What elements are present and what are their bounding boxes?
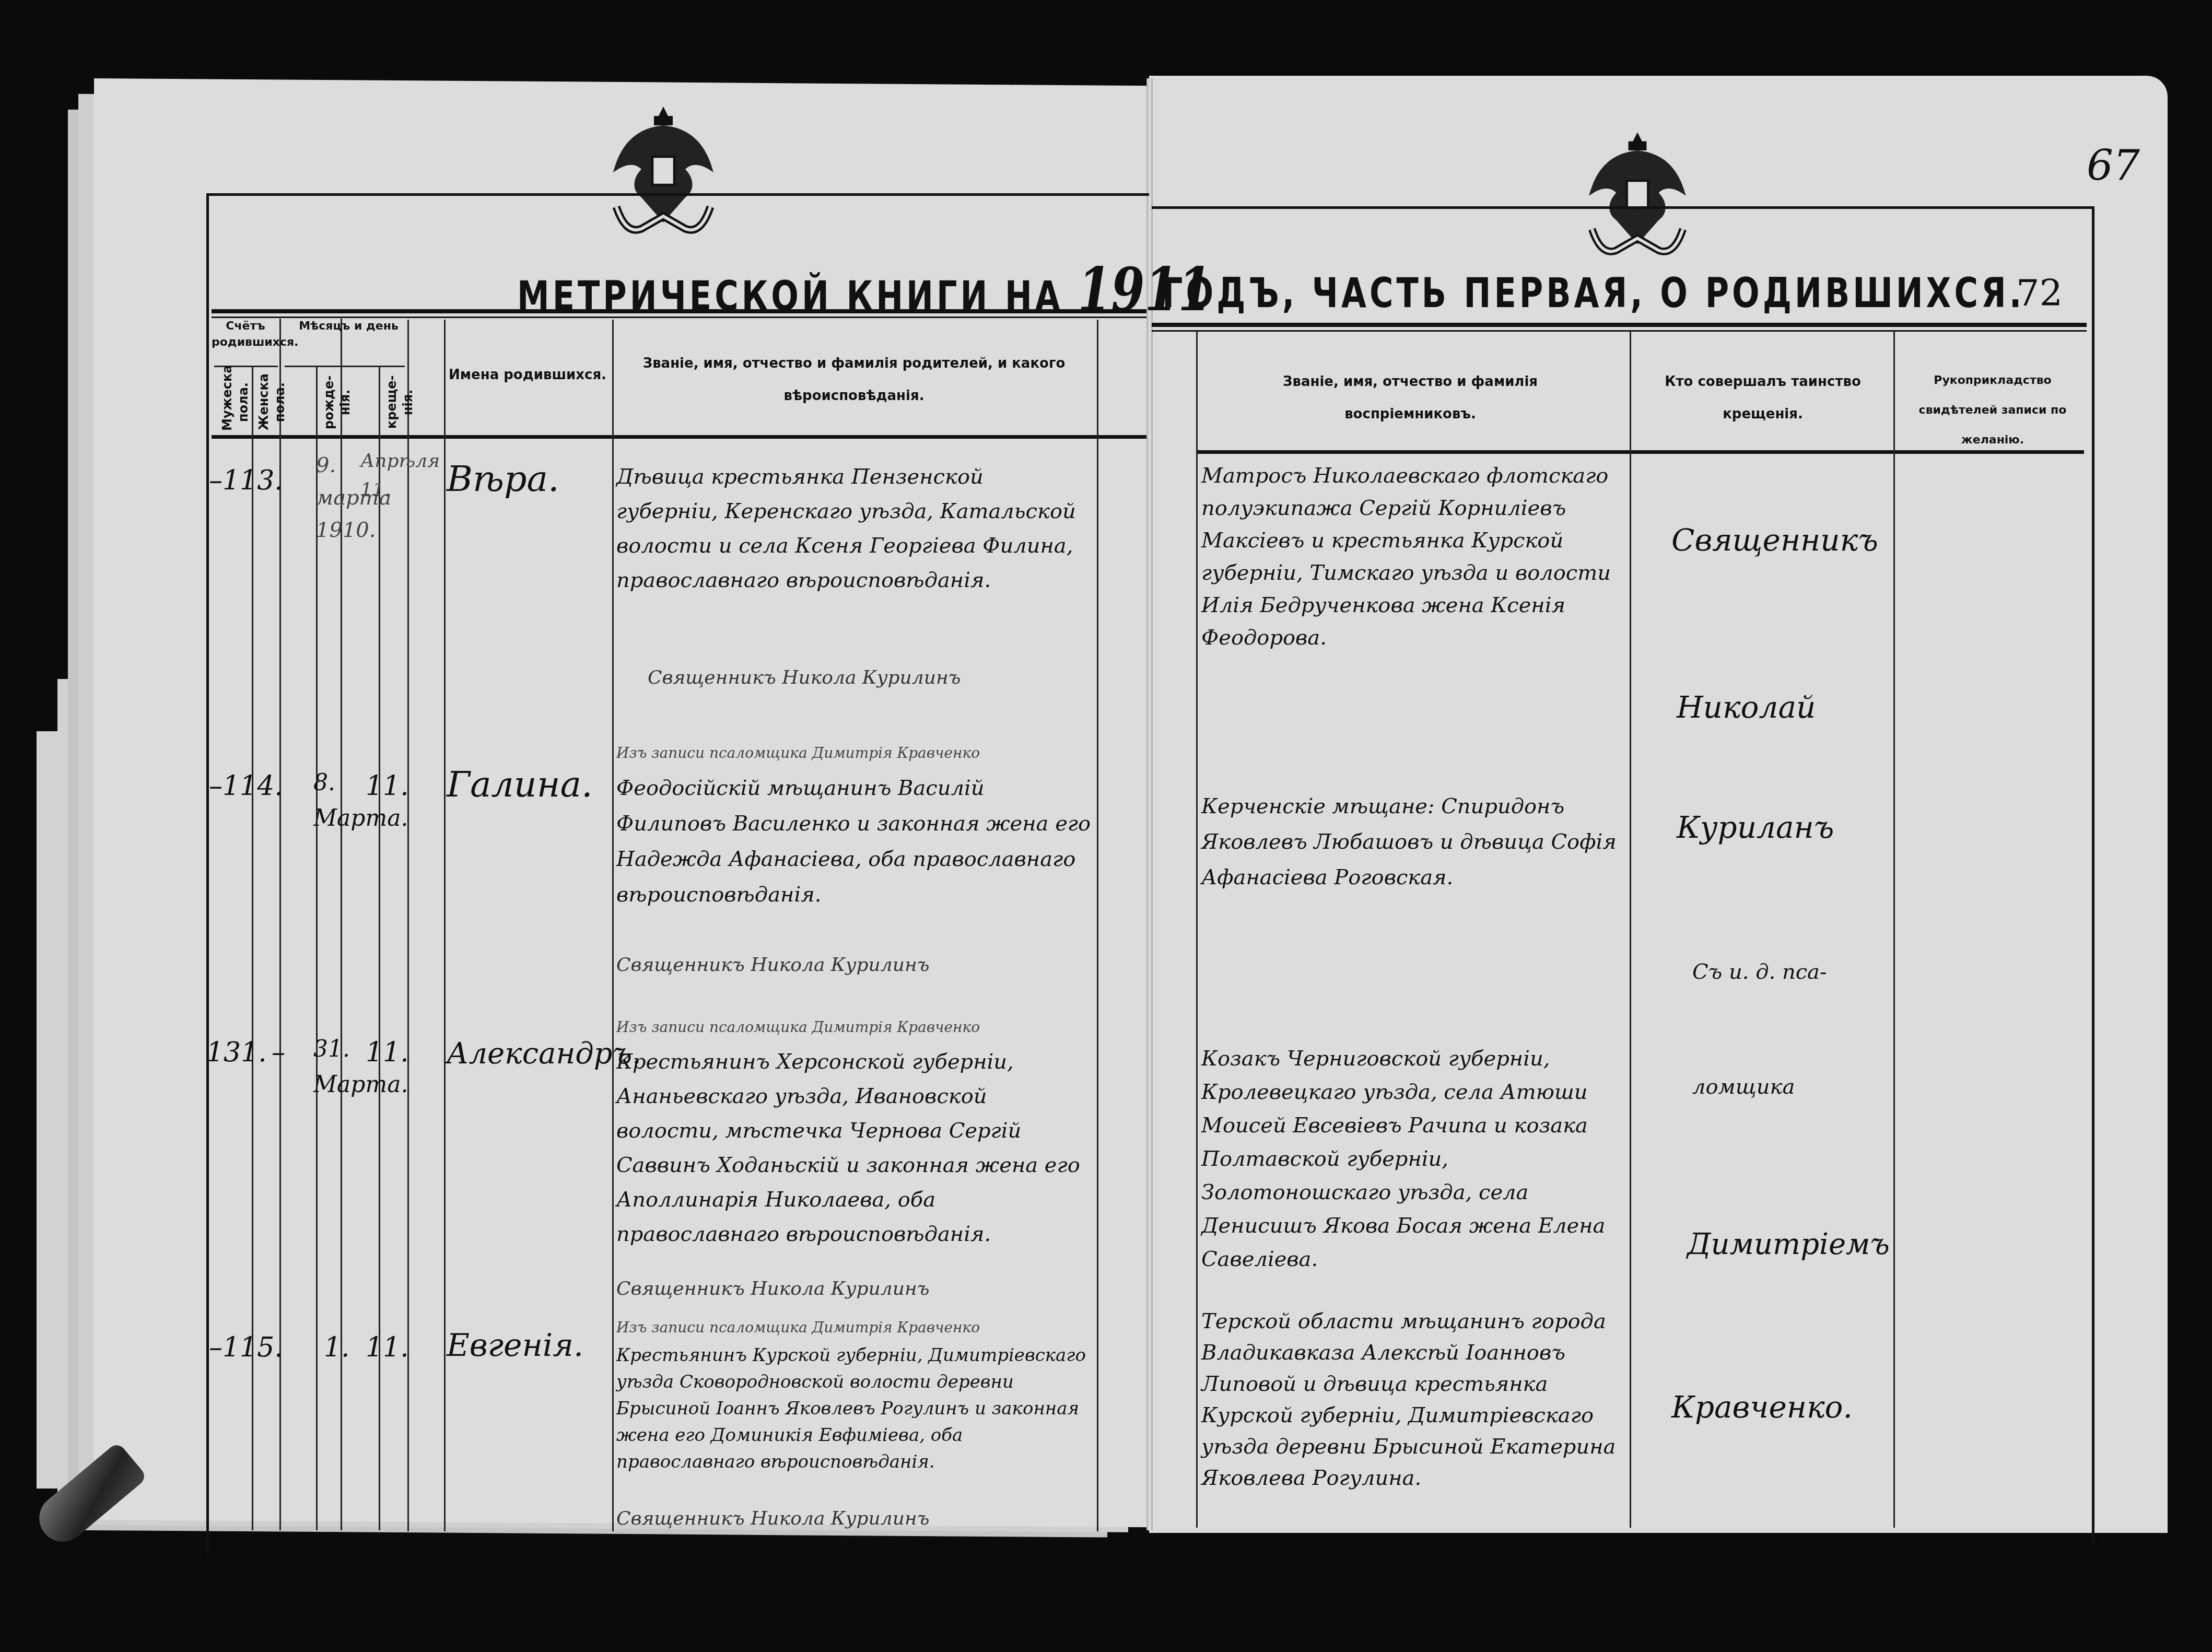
entry-female-no: – — [272, 1032, 285, 1074]
header-count-group: Счётъ родившихся. — [212, 319, 279, 351]
header-parents: Званіе, имя, отчество и фамилія родителе… — [619, 347, 1089, 413]
performer-note: Димитріемъ — [1687, 1222, 1890, 1268]
entry-baptism-date: 11. — [366, 1327, 409, 1369]
subheader-rule — [285, 366, 405, 367]
entry-sponsors: Керченскіе мѣщане: Спиридонъ Яковлевъ Лю… — [1201, 789, 1624, 895]
col-divider — [1097, 320, 1098, 1531]
entry-child-name: Александръ. — [447, 1032, 641, 1077]
entry-sponsors: Козакъ Черниговской губерніи, Кролевецка… — [1201, 1042, 1624, 1276]
entry-female-no: –115. — [209, 1327, 283, 1369]
entry-performer: Куриланъ — [1677, 804, 1834, 851]
entry-child-name: Галина. — [447, 757, 593, 812]
title-right: ГОДЪ, ЧАСТЬ ПЕРВАЯ, О РОДИВШИХСЯ. — [1162, 270, 2024, 317]
entry-sponsors: Терской области мѣщанинъ города Владикав… — [1201, 1306, 1624, 1494]
col-divider — [1893, 332, 1895, 1528]
header-names: Имена родившихся. — [444, 366, 611, 384]
col-divider — [612, 320, 614, 1531]
entry-record-note: Изъ записи псаломщика Димитрія Кравченко — [616, 1016, 980, 1038]
entry-baptism-date: Апрѣля 11. — [360, 447, 418, 505]
header-witnesses: Рукоприкладство свидѣтелей записи по жел… — [1899, 366, 2087, 455]
entry-birth-date: 1. — [324, 1327, 350, 1369]
entry-female-no: –114. — [209, 765, 283, 807]
entry-baptism-date: 11. — [366, 765, 409, 807]
entry-performer: Священникъ — [1671, 517, 1878, 564]
entry-female-no: –113. — [209, 460, 283, 502]
col-divider — [444, 320, 446, 1531]
header-date-birth: рожде-нія. — [321, 373, 354, 431]
entry-male-no: 131. — [206, 1032, 267, 1074]
entry-parents: Дѣвица крестьянка Пензенской губерніи, К… — [616, 460, 1092, 597]
header-count-male: Мужеска пола. — [219, 373, 252, 431]
header-count-female: Женска пола. — [256, 373, 288, 431]
performer-note: Съ и. д. пса- — [1692, 956, 1827, 988]
header-performer: Кто совершалъ таинство крещенія. — [1640, 366, 1886, 431]
entry-record-note: Изъ записи псаломщика Димитрія Кравченко — [616, 742, 980, 764]
entry-parents: Крестьянинъ Курской губерніи, Димитріевс… — [616, 1342, 1092, 1475]
col-divider — [1630, 332, 1631, 1528]
sheet-number: 67 — [2087, 141, 2140, 190]
header-sponsors: Званіе, имя, отчество и фамилія воспріем… — [1243, 366, 1577, 431]
entry-priest-signature: Священникъ Никола Курилинъ — [616, 1274, 1076, 1304]
entry-sponsors: Матросъ Николаевскаго флотскаго полуэкип… — [1201, 460, 1624, 654]
header-top-rule — [212, 309, 1146, 318]
header-top-rule — [1152, 323, 2087, 332]
entry-performer: Кравченко. — [1671, 1384, 1853, 1431]
entry-child-name: Вѣра. — [447, 452, 559, 507]
performer-note: ломщика — [1692, 1071, 1795, 1103]
header-date-group: Мѣсяцъ и день — [290, 319, 407, 335]
entry-parents: Феодосійскій мѣщанинъ Василій Филиповъ В… — [616, 770, 1092, 912]
entry-priest-signature: Священникъ Никола Курилинъ — [616, 951, 1076, 980]
entry-priest-signature: Священникъ Никола Курилинъ — [616, 1504, 1076, 1533]
col-divider — [1196, 332, 1198, 1528]
entry-child-name: Евгенія. — [447, 1321, 583, 1370]
entry-performer: Николай — [1677, 684, 1816, 731]
entry-baptism-date: 11. — [366, 1032, 409, 1074]
header-date-baptism: креще-нія. — [384, 373, 416, 431]
entry-birth-date: 9. марта 1910. — [316, 449, 353, 546]
page-number: 72 — [2016, 272, 2063, 314]
header-bottom-rule — [212, 435, 1146, 439]
entry-record-note: Изъ записи псаломщика Димитрія Кравченко — [616, 1316, 980, 1339]
entry-priest-signature: Священникъ Никола Курилинъ — [648, 663, 1076, 693]
entry-parents: Крестьянинъ Херсонской губерніи, Ананьев… — [616, 1045, 1092, 1251]
